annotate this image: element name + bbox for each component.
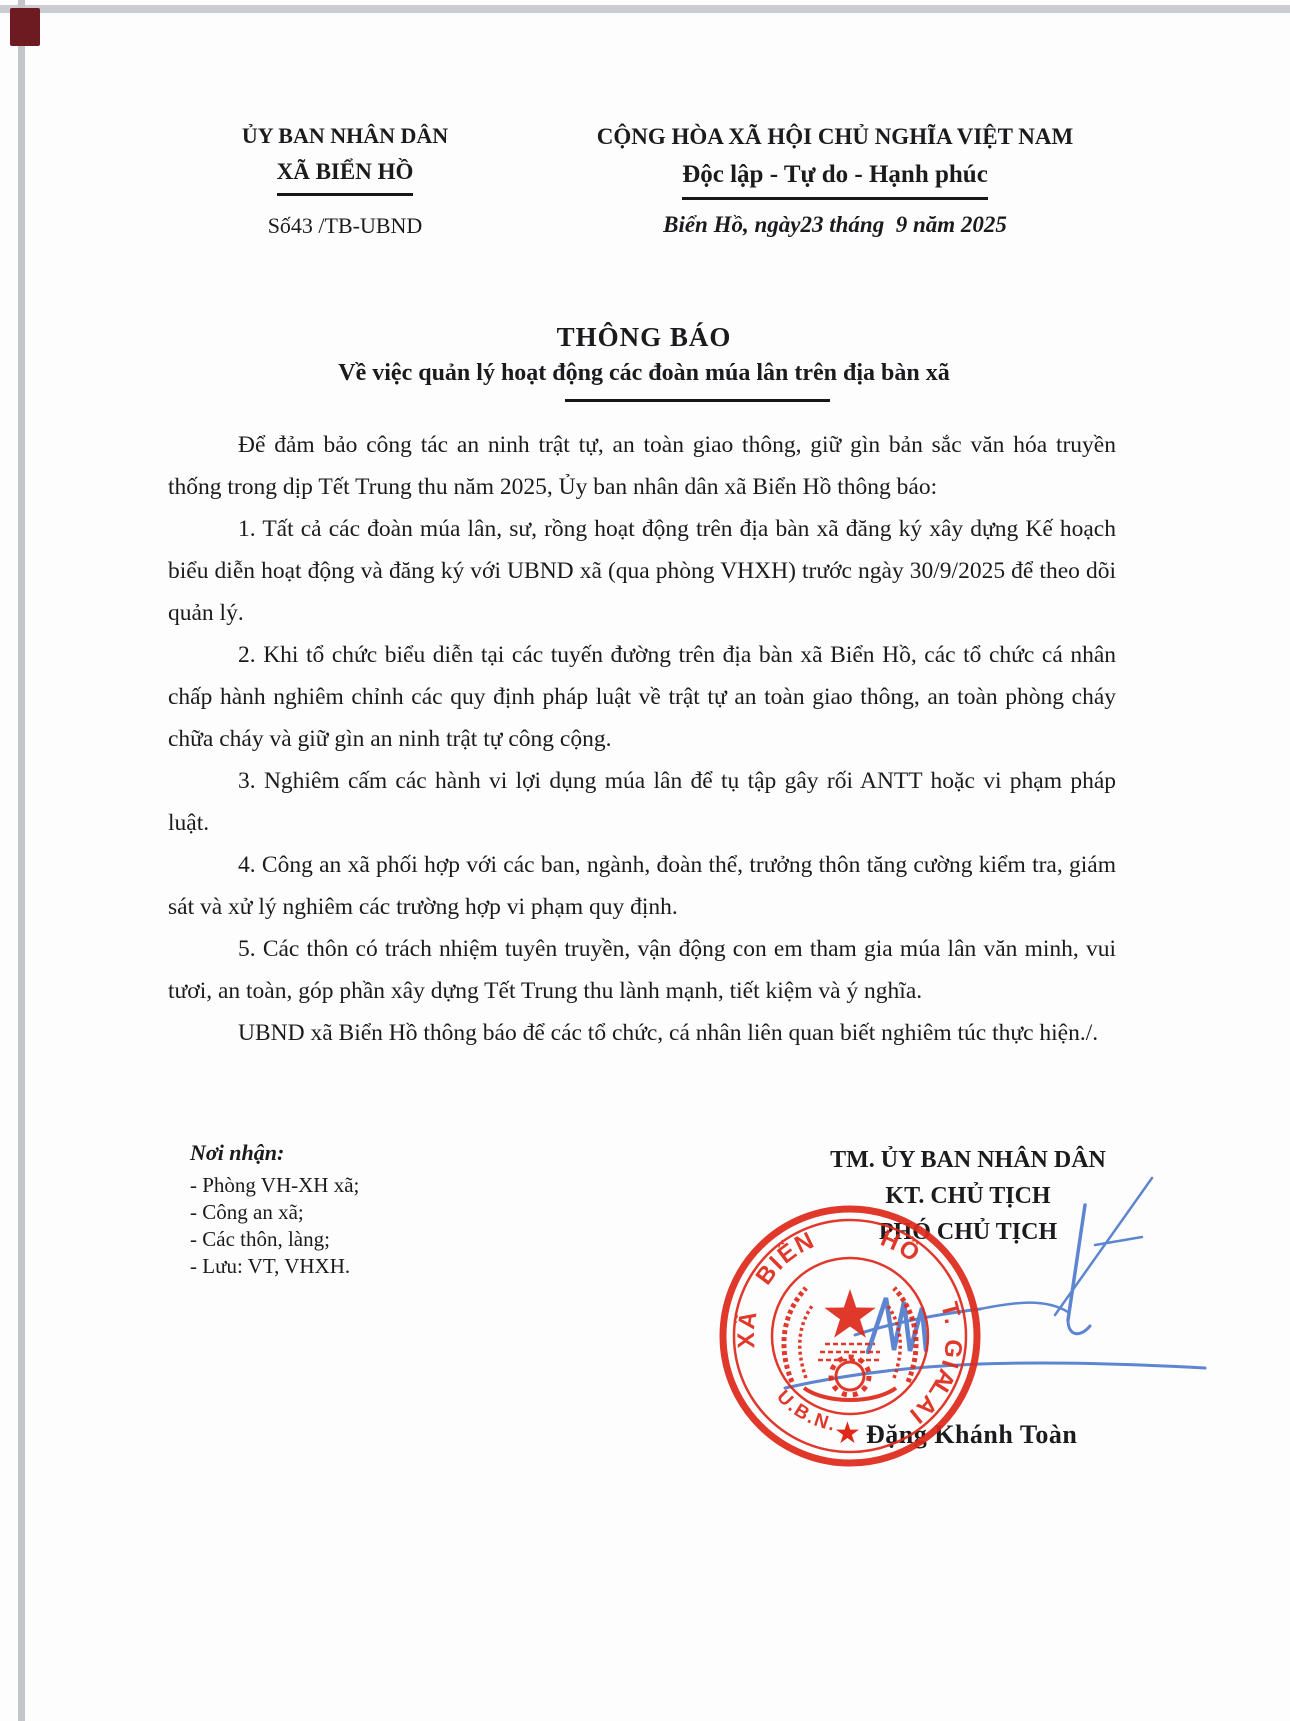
paragraph-closing: UBND xã Biển Hồ thông báo để các tổ chức…: [168, 1012, 1116, 1054]
recipient-item: - Phòng VH-XH xã;: [190, 1172, 520, 1199]
signer-name: Đặng Khánh Toàn: [866, 1420, 1077, 1450]
recipients-block: Nơi nhận: - Phòng VH-XH xã; - Công an xã…: [190, 1139, 520, 1280]
recipient-item: - Công an xã;: [190, 1199, 520, 1226]
svg-text:XÃ BIỂN HỒ: XÃ BIỂN HỒ T. GIA LAI: [732, 1225, 967, 1430]
header-issuing-authority: ỦY BAN NHÂN DÂN XÃ BIỂN HỒ Số43 /TB-UBND: [180, 118, 510, 244]
document-body: Để đảm bảo công tác an ninh trật tự, an …: [168, 424, 1116, 1054]
header-national-motto: CỘNG HÒA XÃ HỘI CHỦ NGHĨA VIỆT NAM Độc l…: [550, 118, 1120, 244]
recipients-label: Nơi nhận:: [190, 1139, 520, 1166]
seal-text-t: T.: [935, 1299, 966, 1327]
seal-star-mark: ★: [834, 1416, 861, 1451]
national-line1: CỘNG HÒA XÃ HỘI CHỦ NGHĨA VIỆT NAM: [550, 118, 1120, 156]
scan-edge-left: [18, 0, 25, 1721]
signature-authority-line: TM. ỦY BAN NHÂN DÂN: [798, 1142, 1138, 1178]
paragraph-intro: Để đảm bảo công tác an ninh trật tự, an …: [168, 424, 1116, 508]
scan-edge-top: [0, 5, 1290, 13]
national-line2: Độc lập - Tự do - Hạnh phúc: [550, 156, 1120, 200]
signature-role-line: PHÓ CHỦ TỊCH: [798, 1214, 1138, 1250]
emblem-star-icon: [824, 1289, 875, 1338]
signature-block: TM. ỦY BAN NHÂN DÂN KT. CHỦ TỊCH PHÓ CHỦ…: [798, 1142, 1138, 1250]
seal-text-xa: XÃ: [732, 1307, 763, 1348]
paragraph-item-1: 1. Tất cả các đoàn múa lân, sư, rồng hoạ…: [168, 508, 1116, 634]
corner-red-mark: [10, 8, 40, 46]
paragraph-item-4: 4. Công an xã phối hợp với các ban, ngàn…: [168, 844, 1116, 928]
scanned-document-page: ỦY BAN NHÂN DÂN XÃ BIỂN HỒ Số43 /TB-UBND…: [0, 0, 1290, 1721]
subtitle-underline: [565, 399, 830, 402]
recipient-item: - Các thôn, làng;: [190, 1226, 520, 1253]
document-title: THÔNG BÁO: [170, 322, 1118, 353]
document-subtitle: Về việc quản lý hoạt động các đoàn múa l…: [170, 360, 1118, 387]
signature-kt-line: KT. CHỦ TỊCH: [798, 1178, 1138, 1214]
paragraph-item-3: 3. Nghiêm cấm các hành vi lợi dụng múa l…: [168, 760, 1116, 844]
seal-text-gia: GIA: [928, 1338, 967, 1393]
seal-emblem-ring: [772, 1258, 928, 1414]
national-emblem-icon: [784, 1288, 916, 1400]
document-number: Số43 /TB-UBND: [180, 208, 510, 244]
place-date-line: Biển Hồ, ngày23 tháng 9 năm 2025: [550, 206, 1120, 244]
authority-line1: ỦY BAN NHÂN DÂN: [180, 118, 510, 154]
authority-line2: XÃ BIỂN HỒ: [180, 154, 510, 196]
recipient-item: - Lưu: VT, VHXH.: [190, 1253, 520, 1280]
paragraph-item-5: 5. Các thôn có trách nhiệm tuyên truyền,…: [168, 928, 1116, 1012]
paragraph-item-2: 2. Khi tổ chức biểu diễn tại các tuyến đ…: [168, 634, 1116, 760]
